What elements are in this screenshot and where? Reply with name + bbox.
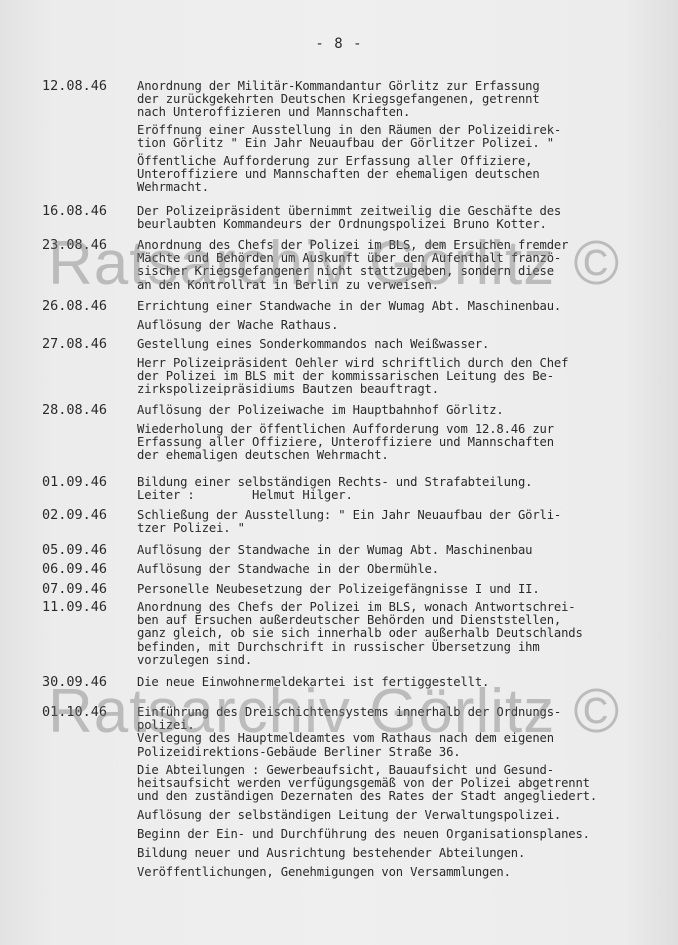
entry-date: 06.09.46: [42, 563, 127, 576]
entry-date: 27.08.46: [42, 338, 127, 351]
entry-text: Auflösung der selbständigen Leitung der …: [137, 809, 637, 822]
entry-text: Auflösung der Standwache in der Wumag Ab…: [137, 544, 637, 557]
entry-text: Wiederholung der öffentlichen Aufforderu…: [137, 423, 637, 463]
entry-text: Gestellung eines Sonderkommandos nach We…: [137, 338, 637, 351]
entry-text: Veröffentlichungen, Genehmigungen von Ve…: [137, 866, 637, 879]
entry-date: 02.09.46: [42, 509, 127, 522]
entry-text: Bildung einer selbständigen Rechts- und …: [137, 476, 637, 502]
page-number: - 8 -: [0, 36, 678, 52]
entry-text: Eröffnung einer Ausstellung in den Räume…: [137, 124, 637, 150]
entry-date: 07.09.46: [42, 583, 127, 596]
entry-text: Anordnung der Militär-Kommandantur Görli…: [137, 80, 637, 120]
entry-text: Schließung der Ausstellung: " Ein Jahr N…: [137, 509, 637, 535]
entry-date: 23.08.46: [42, 239, 127, 252]
entry-text: Herr Polizeipräsident Oehler wird schrif…: [137, 357, 637, 397]
entry-text: Die Abteilungen : Gewerbeaufsicht, Bauau…: [137, 764, 637, 804]
document-page: - 8 - 12.08.46Anordnung der Militär-Komm…: [0, 0, 678, 945]
entry-text: Einführung des Dreischichtensystems inne…: [137, 706, 637, 759]
entry-text: Anordnung des Chefs der Polizei im BLS, …: [137, 601, 637, 667]
entry-date: 30.09.46: [42, 676, 127, 689]
entry-text: Errichtung einer Standwache in der Wumag…: [137, 300, 637, 313]
entry-text: Bildung neuer und Ausrichtung bestehende…: [137, 847, 637, 860]
entry-text: Auflösung der Polizeiwache im Hauptbahnh…: [137, 404, 637, 417]
entry-text: Beginn der Ein- und Durchführung des neu…: [137, 828, 637, 841]
entry-date: 11.09.46: [42, 601, 127, 614]
entry-date: 05.09.46: [42, 544, 127, 557]
entry-text: Der Polizeipräsident übernimmt zeitweili…: [137, 205, 637, 231]
entry-date: 16.08.46: [42, 205, 127, 218]
entry-date: 28.08.46: [42, 404, 127, 417]
entry-text: Personelle Neubesetzung der Polizeigefän…: [137, 583, 637, 596]
entry-date: 01.10.46: [42, 706, 127, 719]
entry-text: Anordnung des Chefs der Polizei im BLS, …: [137, 239, 637, 292]
entry-date: 26.08.46: [42, 300, 127, 313]
entry-text: Öffentliche Aufforderung zur Erfassung a…: [137, 155, 637, 195]
entry-text: Die neue Einwohnermeldekartei ist fertig…: [137, 676, 637, 689]
entry-date: 01.09.46: [42, 476, 127, 489]
entry-text: Auflösung der Standwache in der Obermühl…: [137, 563, 637, 576]
entry-date: 12.08.46: [42, 80, 127, 93]
entry-text: Auflösung der Wache Rathaus.: [137, 319, 637, 332]
